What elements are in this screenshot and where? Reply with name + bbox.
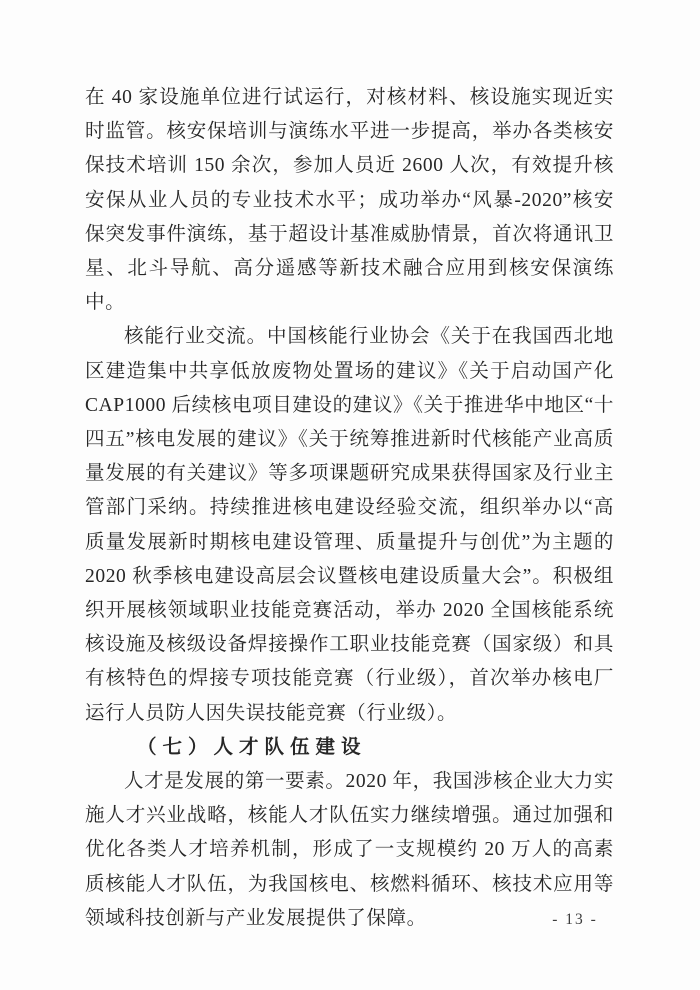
page-body: 在 40 家设施单位进行试运行，对核材料、核设施实现近实时监管。核安保培训与演练…: [85, 81, 614, 936]
paragraph-talent-team: 人才是发展的第一要素。2020 年，我国涉核企业大力实施人才兴业战略，核能人才队…: [85, 765, 614, 936]
paragraph-industry-exchange: 核能行业交流。中国核能行业协会《关于在我国西北地区建造集中共享低放废物处置场的建…: [85, 320, 614, 730]
page-number: - 13 -: [543, 911, 607, 929]
paragraph-nuclear-security: 在 40 家设施单位进行试运行，对核材料、核设施实现近实时监管。核安保培训与演练…: [85, 81, 614, 320]
document-page: 在 40 家设施单位进行试运行，对核材料、核设施实现近实时监管。核安保培训与演练…: [0, 0, 700, 990]
section-heading-talent-team: （七）人才队伍建设: [85, 731, 614, 765]
